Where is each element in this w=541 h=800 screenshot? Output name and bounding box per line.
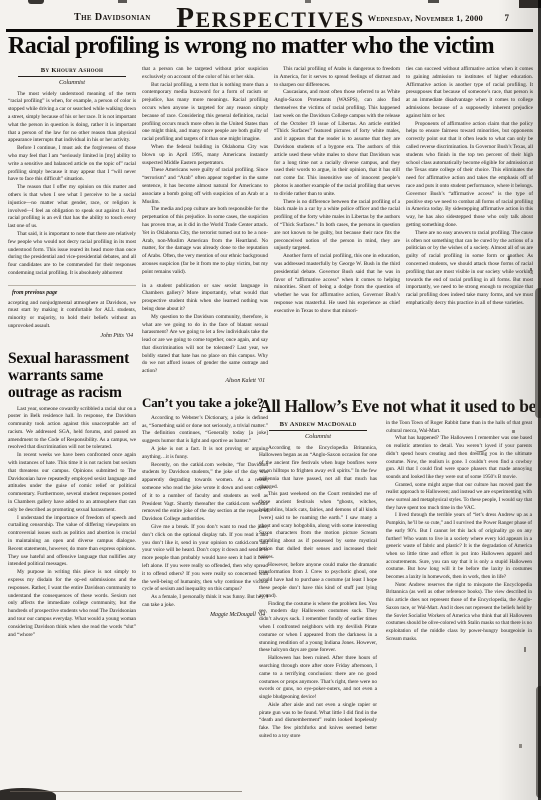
continuation-text: accepting and nonjudgmental atmosphere a… [8, 300, 136, 331]
issue-date: Wednesday, November 1, 2000 [368, 13, 483, 23]
paragraph: However, before anyone could make the dr… [259, 562, 377, 601]
lead-headline: Racial profiling is wrong no matter who … [8, 33, 533, 60]
joke-article: According to Webster’s Dictionary, a jok… [142, 415, 268, 610]
paragraph: That said, it is important to note that … [8, 231, 136, 278]
lead-article-col3: This racial profiling of Arabs is danger… [274, 66, 400, 316]
scan-speck [512, 430, 515, 433]
paragraph: Aisle after aisle and not even a single … [259, 702, 377, 741]
paragraph: The media and pop culture are both respo… [142, 206, 268, 276]
paragraph: When the federal building in Oklahoma Ci… [142, 144, 268, 167]
paragraph: Caucasians, and most often those referre… [274, 89, 400, 198]
byline-author: By Andrew MacDonald [263, 421, 373, 429]
paragraph: Halloween has been ruined. After three h… [259, 655, 377, 702]
harassment-article-col1: Last year, someone cowardly scribbled a … [8, 406, 136, 640]
byline-role: Columnist [263, 433, 373, 441]
byline-role: Columnist [12, 79, 132, 87]
paragraph: As a female, I personally think it was f… [142, 594, 268, 610]
paragraph: The most widely understood meaning of th… [8, 91, 136, 146]
halloween-col2: in the Toon Town of Roger Rabbit fame th… [386, 420, 532, 741]
paragraph: What has happened? The Halloween I remem… [386, 435, 532, 481]
halloween-section: All Hallow’s Eve not what it used to be … [259, 396, 535, 796]
paragraph: A joke is not a fact. It is not proving … [142, 446, 268, 462]
author-signature: John Pitts ’04 [8, 333, 133, 341]
scan-speck [508, 256, 510, 260]
harassment-article-col2: in a student publication or saw sexist l… [142, 283, 268, 377]
paragraph: ties can succeed without affirmative act… [406, 66, 533, 121]
paragraph: Proponents of affirmative action claim t… [406, 121, 533, 230]
masthead-rule [6, 29, 533, 32]
scan-speck [519, 744, 522, 748]
page-number: 7 [505, 13, 510, 23]
lead-article-col1: The most widely understood meaning of th… [8, 91, 136, 278]
paragraph: This racial profiling of Arabs is danger… [274, 66, 400, 89]
newspaper-page: The Davidsonian Perspectives Wednesday, … [0, 0, 541, 800]
paragraph: Before I continue, I must ask the forgiv… [8, 145, 136, 184]
paragraph: I understand the importance of freedom o… [8, 515, 136, 570]
scan-artifact [0, 788, 56, 800]
lead-article-col2: that a person can be targeted without pr… [142, 66, 268, 277]
paragraph: Note: Andrew reserves the right to misqu… [386, 582, 532, 644]
halloween-article-col2: in the Toon Town of Roger Rabbit fame th… [386, 420, 532, 643]
byline-block: By Andrew MacDonald Columnist [263, 421, 373, 441]
scan-artifact [118, 0, 127, 3]
paragraph: Granted, some might argue that our cultu… [386, 482, 532, 513]
halloween-col1: By Andrew MacDonald Columnist According … [259, 420, 377, 741]
paragraph: There is no difference between the racia… [274, 199, 400, 254]
column-2: that a person can be targeted without pr… [142, 66, 268, 794]
continuation-marker: from previous page [12, 290, 136, 298]
author-signature: Maggie McDougall ’04 [142, 612, 265, 620]
paragraph: According to the Encyclopedia Britannica… [259, 445, 377, 492]
scan-speck [530, 268, 532, 271]
paragraph: Give me a break. If you don’t want to re… [142, 524, 268, 594]
byline-block: By Khoury Ashooh Columnist [12, 67, 132, 87]
paragraph: Last year, someone cowardly scribbled a … [8, 406, 136, 453]
scan-artifact [28, 0, 44, 4]
scan-artifact [535, 288, 541, 418]
scan-artifact [428, 0, 439, 3]
byline-rule [18, 76, 126, 77]
column-4: ties can succeed without affirmative act… [406, 66, 533, 394]
paragraph: In recent weeks we have been confronted … [8, 452, 136, 514]
paragraph: in a student publication or saw sexist l… [142, 283, 268, 314]
scan-artifact [305, 0, 311, 3]
byline-rule [269, 430, 367, 431]
continuation-block: from previous page accepting and nonjudg… [8, 285, 136, 341]
harassment-headline: Sexual harassment warrants same outrage … [8, 350, 136, 401]
author-signature: Alison Kalett ’01 [142, 378, 265, 386]
halloween-columns: By Andrew MacDonald Columnist According … [259, 420, 535, 741]
scan-artifact [10, 791, 242, 792]
paragraph: Recently, on the catkid.com website, “fo… [142, 462, 268, 524]
paragraph: This past weekend on the Court reminded … [259, 491, 377, 561]
paragraph: in the Toon Town of Roger Rabbit fame th… [386, 420, 532, 435]
column-3: This racial profiling of Arabs is danger… [274, 66, 400, 394]
halloween-headline: All Hallow’s Eve not what it used to be [259, 396, 527, 416]
byline-author: By Khoury Ashooh [12, 67, 132, 75]
scan-artifact [536, 686, 541, 798]
masthead: The Davidsonian Perspectives Wednesday, … [0, 0, 541, 30]
joke-headline: Can’t you take a joke? [142, 396, 268, 410]
lead-article-col4: ties can succeed without affirmative act… [406, 66, 533, 308]
paragraph: My question to the Davidson community, t… [142, 314, 268, 376]
paragraph: These Americans were guilty of racial pr… [142, 167, 268, 206]
paragraph: that a person can be targeted without pr… [142, 66, 268, 82]
paragraph: accepting and nonjudgmental atmosphere a… [8, 300, 136, 331]
paragraph: The reason that I offer my opinion on th… [8, 184, 136, 231]
scan-speck [524, 647, 526, 652]
paragraph: There are no easy answers to racial prof… [406, 230, 533, 308]
column-1: By Khoury Ashooh Columnist The most wide… [8, 66, 136, 794]
paragraph: Another form of racial profiling, this o… [274, 253, 400, 315]
paragraph: But racial profiling, a term that is not… [142, 82, 268, 144]
paragraph: According to Webster’s Dictionary, a jok… [142, 415, 268, 446]
paragraph: My purpose in writing this piece is not … [8, 569, 136, 639]
halloween-article-col1: According to the Encyclopedia Britannica… [259, 445, 377, 741]
paragraph: Finding the costume is where the problem… [259, 601, 377, 656]
paragraph: I lived through the terrible years of “l… [386, 512, 532, 581]
